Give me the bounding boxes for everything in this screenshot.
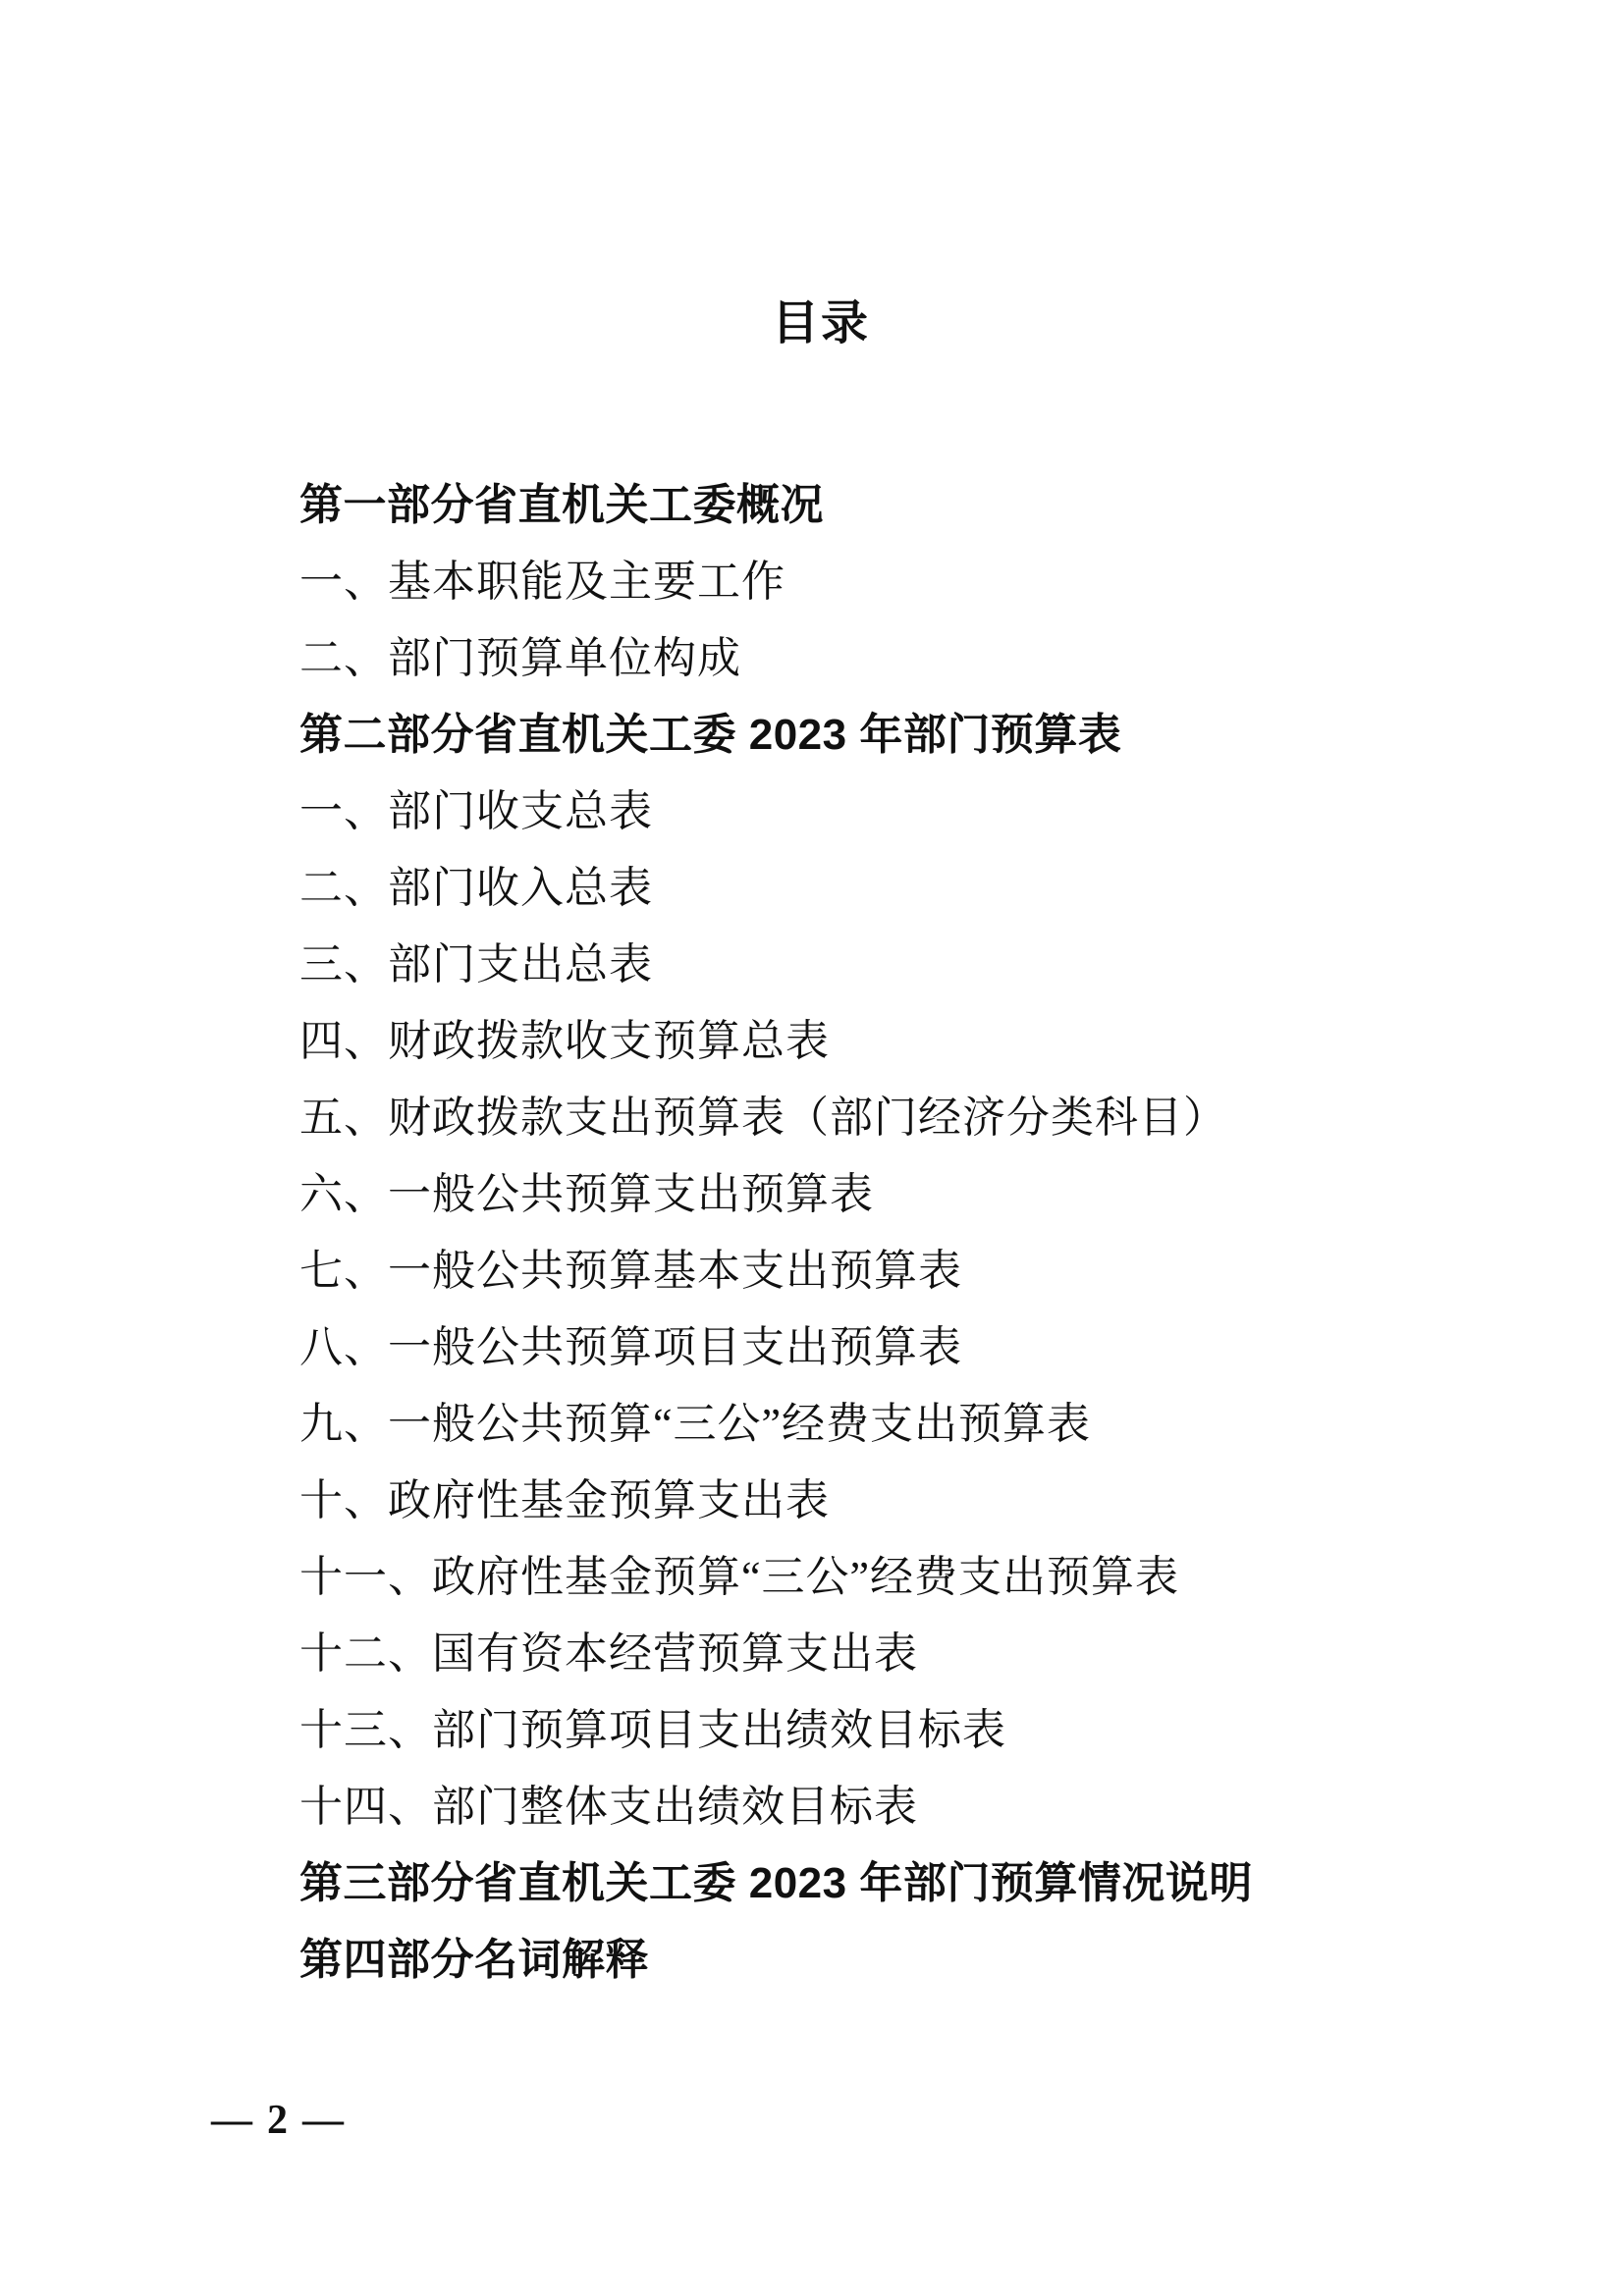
toc-item-2-12: 十二、国有资本经营预算支出表 (299, 1616, 1380, 1692)
toc-item-2-10: 十、政府性基金预算支出表 (299, 1463, 1380, 1539)
footer-dash-left: — (211, 2097, 252, 2144)
toc-item-1-2: 二、部门预算单位构成 (299, 620, 1380, 697)
toc-item-2-3: 三、部门支出总表 (299, 927, 1380, 1003)
toc-section-part1: 第一部分省直机关工委概况 (299, 467, 1380, 544)
page-footer: — 2 — (211, 2095, 344, 2146)
toc-item-2-8: 八、一般公共预算项目支出预算表 (299, 1309, 1380, 1386)
toc-item-2-4: 四、财政拨款收支预算总表 (299, 1003, 1380, 1080)
toc-item-2-2: 二、部门收入总表 (299, 850, 1380, 927)
toc-page: 目录 第一部分省直机关工委概况 一、基本职能及主要工作 二、部门预算单位构成 第… (0, 0, 1624, 2296)
toc-section-part2: 第二部分省直机关工委 2023 年部门预算表 (299, 697, 1380, 774)
toc-item-2-1: 一、部门收支总表 (299, 774, 1380, 850)
toc-item-2-9: 九、一般公共预算“三公”经费支出预算表 (299, 1386, 1380, 1463)
toc-item-2-13: 十三、部门预算项目支出绩效目标表 (299, 1692, 1380, 1769)
toc-list: 第一部分省直机关工委概况 一、基本职能及主要工作 二、部门预算单位构成 第二部分… (299, 467, 1380, 1999)
footer-dash-right: — (302, 2097, 344, 2144)
page-title: 目录 (772, 296, 870, 351)
page-number: 2 (267, 2097, 288, 2144)
toc-item-2-6: 六、一般公共预算支出预算表 (299, 1156, 1380, 1233)
toc-item-2-7: 七、一般公共预算基本支出预算表 (299, 1233, 1380, 1309)
toc-item-2-5: 五、财政拨款支出预算表（部门经济分类科目） (299, 1080, 1380, 1156)
toc-item-2-14: 十四、部门整体支出绩效目标表 (299, 1769, 1380, 1845)
toc-section-part3: 第三部分省直机关工委 2023 年部门预算情况说明 (299, 1845, 1380, 1922)
toc-section-part4: 第四部分名词解释 (299, 1922, 1380, 1999)
toc-item-1-1: 一、基本职能及主要工作 (299, 544, 1380, 620)
toc-item-2-11: 十一、政府性基金预算“三公”经费支出预算表 (299, 1539, 1380, 1616)
